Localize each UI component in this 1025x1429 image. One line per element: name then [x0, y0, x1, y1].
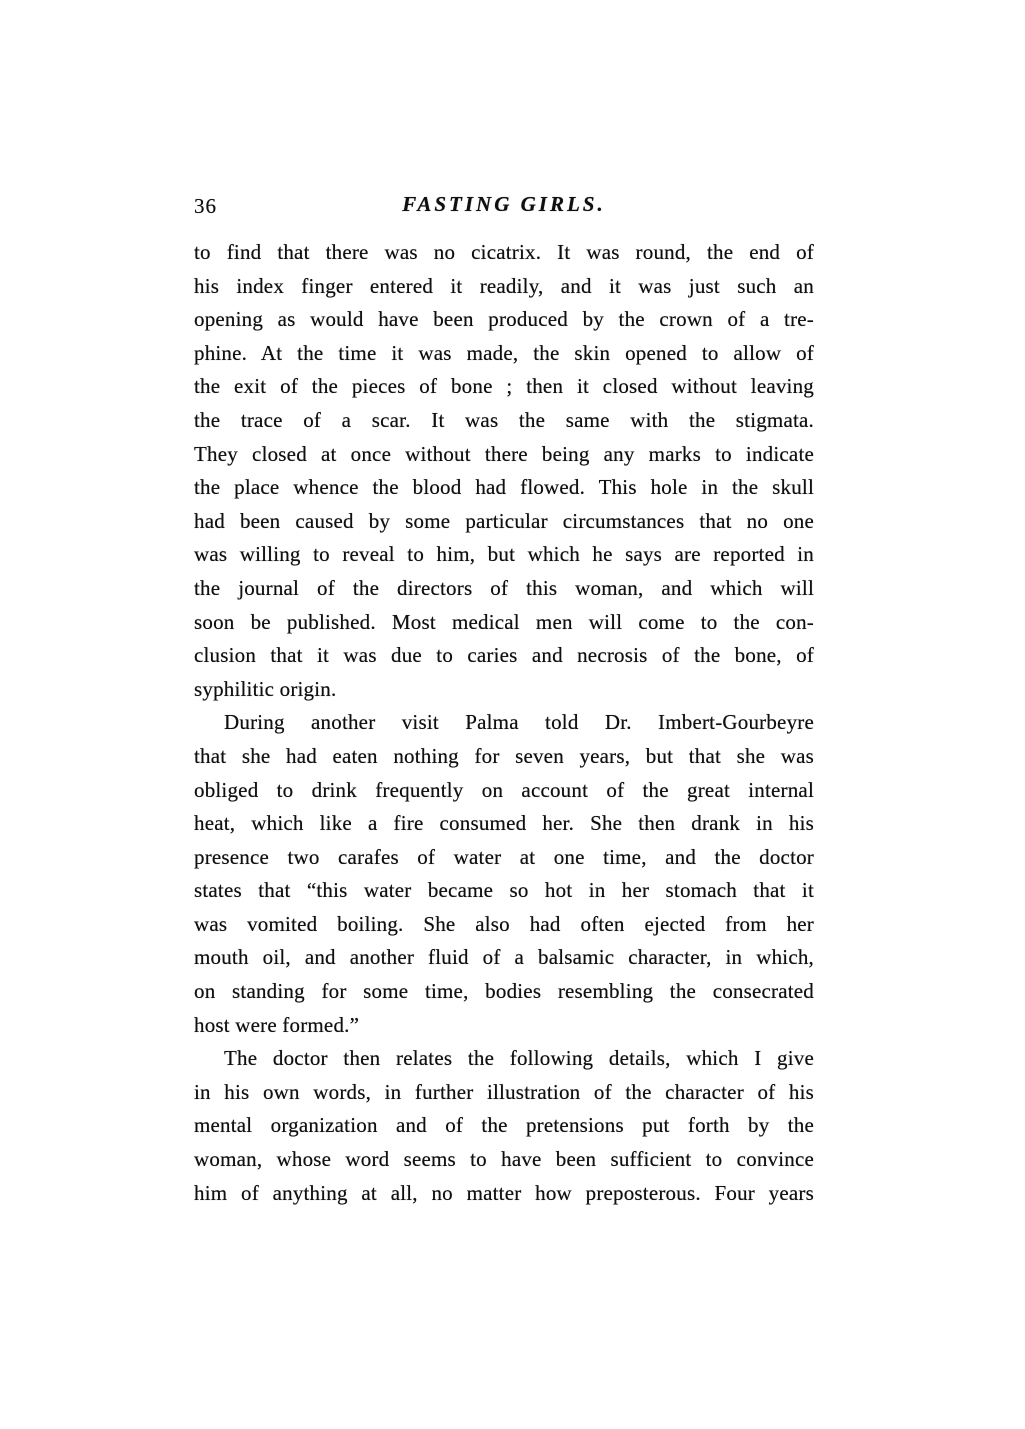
text-line: on standing for some time, bodies resemb… — [194, 975, 814, 1009]
text-line: opening as would have been produced by t… — [194, 303, 814, 337]
running-head: 36 FASTING GIRLS. — [194, 192, 814, 222]
text-line: in his own words, in further illustratio… — [194, 1076, 814, 1110]
text-line: heat, which like a fire consumed her. Sh… — [194, 807, 814, 841]
text-line: the place whence the blood had flowed. T… — [194, 471, 814, 505]
text-line: During another visit Palma told Dr. Imbe… — [194, 706, 814, 740]
text-line: him of anything at all, no matter how pr… — [194, 1177, 814, 1211]
text-line: mental organization and of the pretensio… — [194, 1109, 814, 1143]
text-line: was willing to reveal to him, but which … — [194, 538, 814, 572]
text-line: phine. At the time it was made, the skin… — [194, 337, 814, 371]
text-line: They closed at once without there being … — [194, 438, 814, 472]
text-line: syphilitic origin. — [194, 673, 814, 707]
book-page-scan: 36 FASTING GIRLS. to find that there was… — [0, 0, 1025, 1429]
paragraph: During another visit Palma told Dr. Imbe… — [194, 706, 814, 1042]
text-line: was vomited boiling. She also had often … — [194, 908, 814, 942]
text-line: to find that there was no cicatrix. It w… — [194, 236, 814, 270]
text-line: mouth oil, and another fluid of a balsam… — [194, 941, 814, 975]
text-line: obliged to drink frequently on account o… — [194, 774, 814, 808]
paragraph: to find that there was no cicatrix. It w… — [194, 236, 814, 706]
body-text: to find that there was no cicatrix. It w… — [194, 236, 814, 1210]
text-line: that she had eaten nothing for seven yea… — [194, 740, 814, 774]
text-line: states that “this water became so hot in… — [194, 874, 814, 908]
text-line: host were formed.” — [194, 1009, 814, 1043]
text-line: soon be published. Most medical men will… — [194, 606, 814, 640]
text-line: his index finger entered it readily, and… — [194, 270, 814, 304]
text-line: woman, whose word seems to have been suf… — [194, 1143, 814, 1177]
text-line: had been caused by some particular circu… — [194, 505, 814, 539]
paragraph: The doctor then relates the following de… — [194, 1042, 814, 1210]
text-line: the exit of the pieces of bone ; then it… — [194, 370, 814, 404]
text-line: the trace of a scar. It was the same wit… — [194, 404, 814, 438]
running-title: FASTING GIRLS. — [194, 192, 814, 217]
text-block: 36 FASTING GIRLS. to find that there was… — [194, 192, 814, 1210]
text-line: clusion that it was due to caries and ne… — [194, 639, 814, 673]
text-line: The doctor then relates the following de… — [194, 1042, 814, 1076]
text-line: the journal of the directors of this wom… — [194, 572, 814, 606]
text-line: presence two carafes of water at one tim… — [194, 841, 814, 875]
